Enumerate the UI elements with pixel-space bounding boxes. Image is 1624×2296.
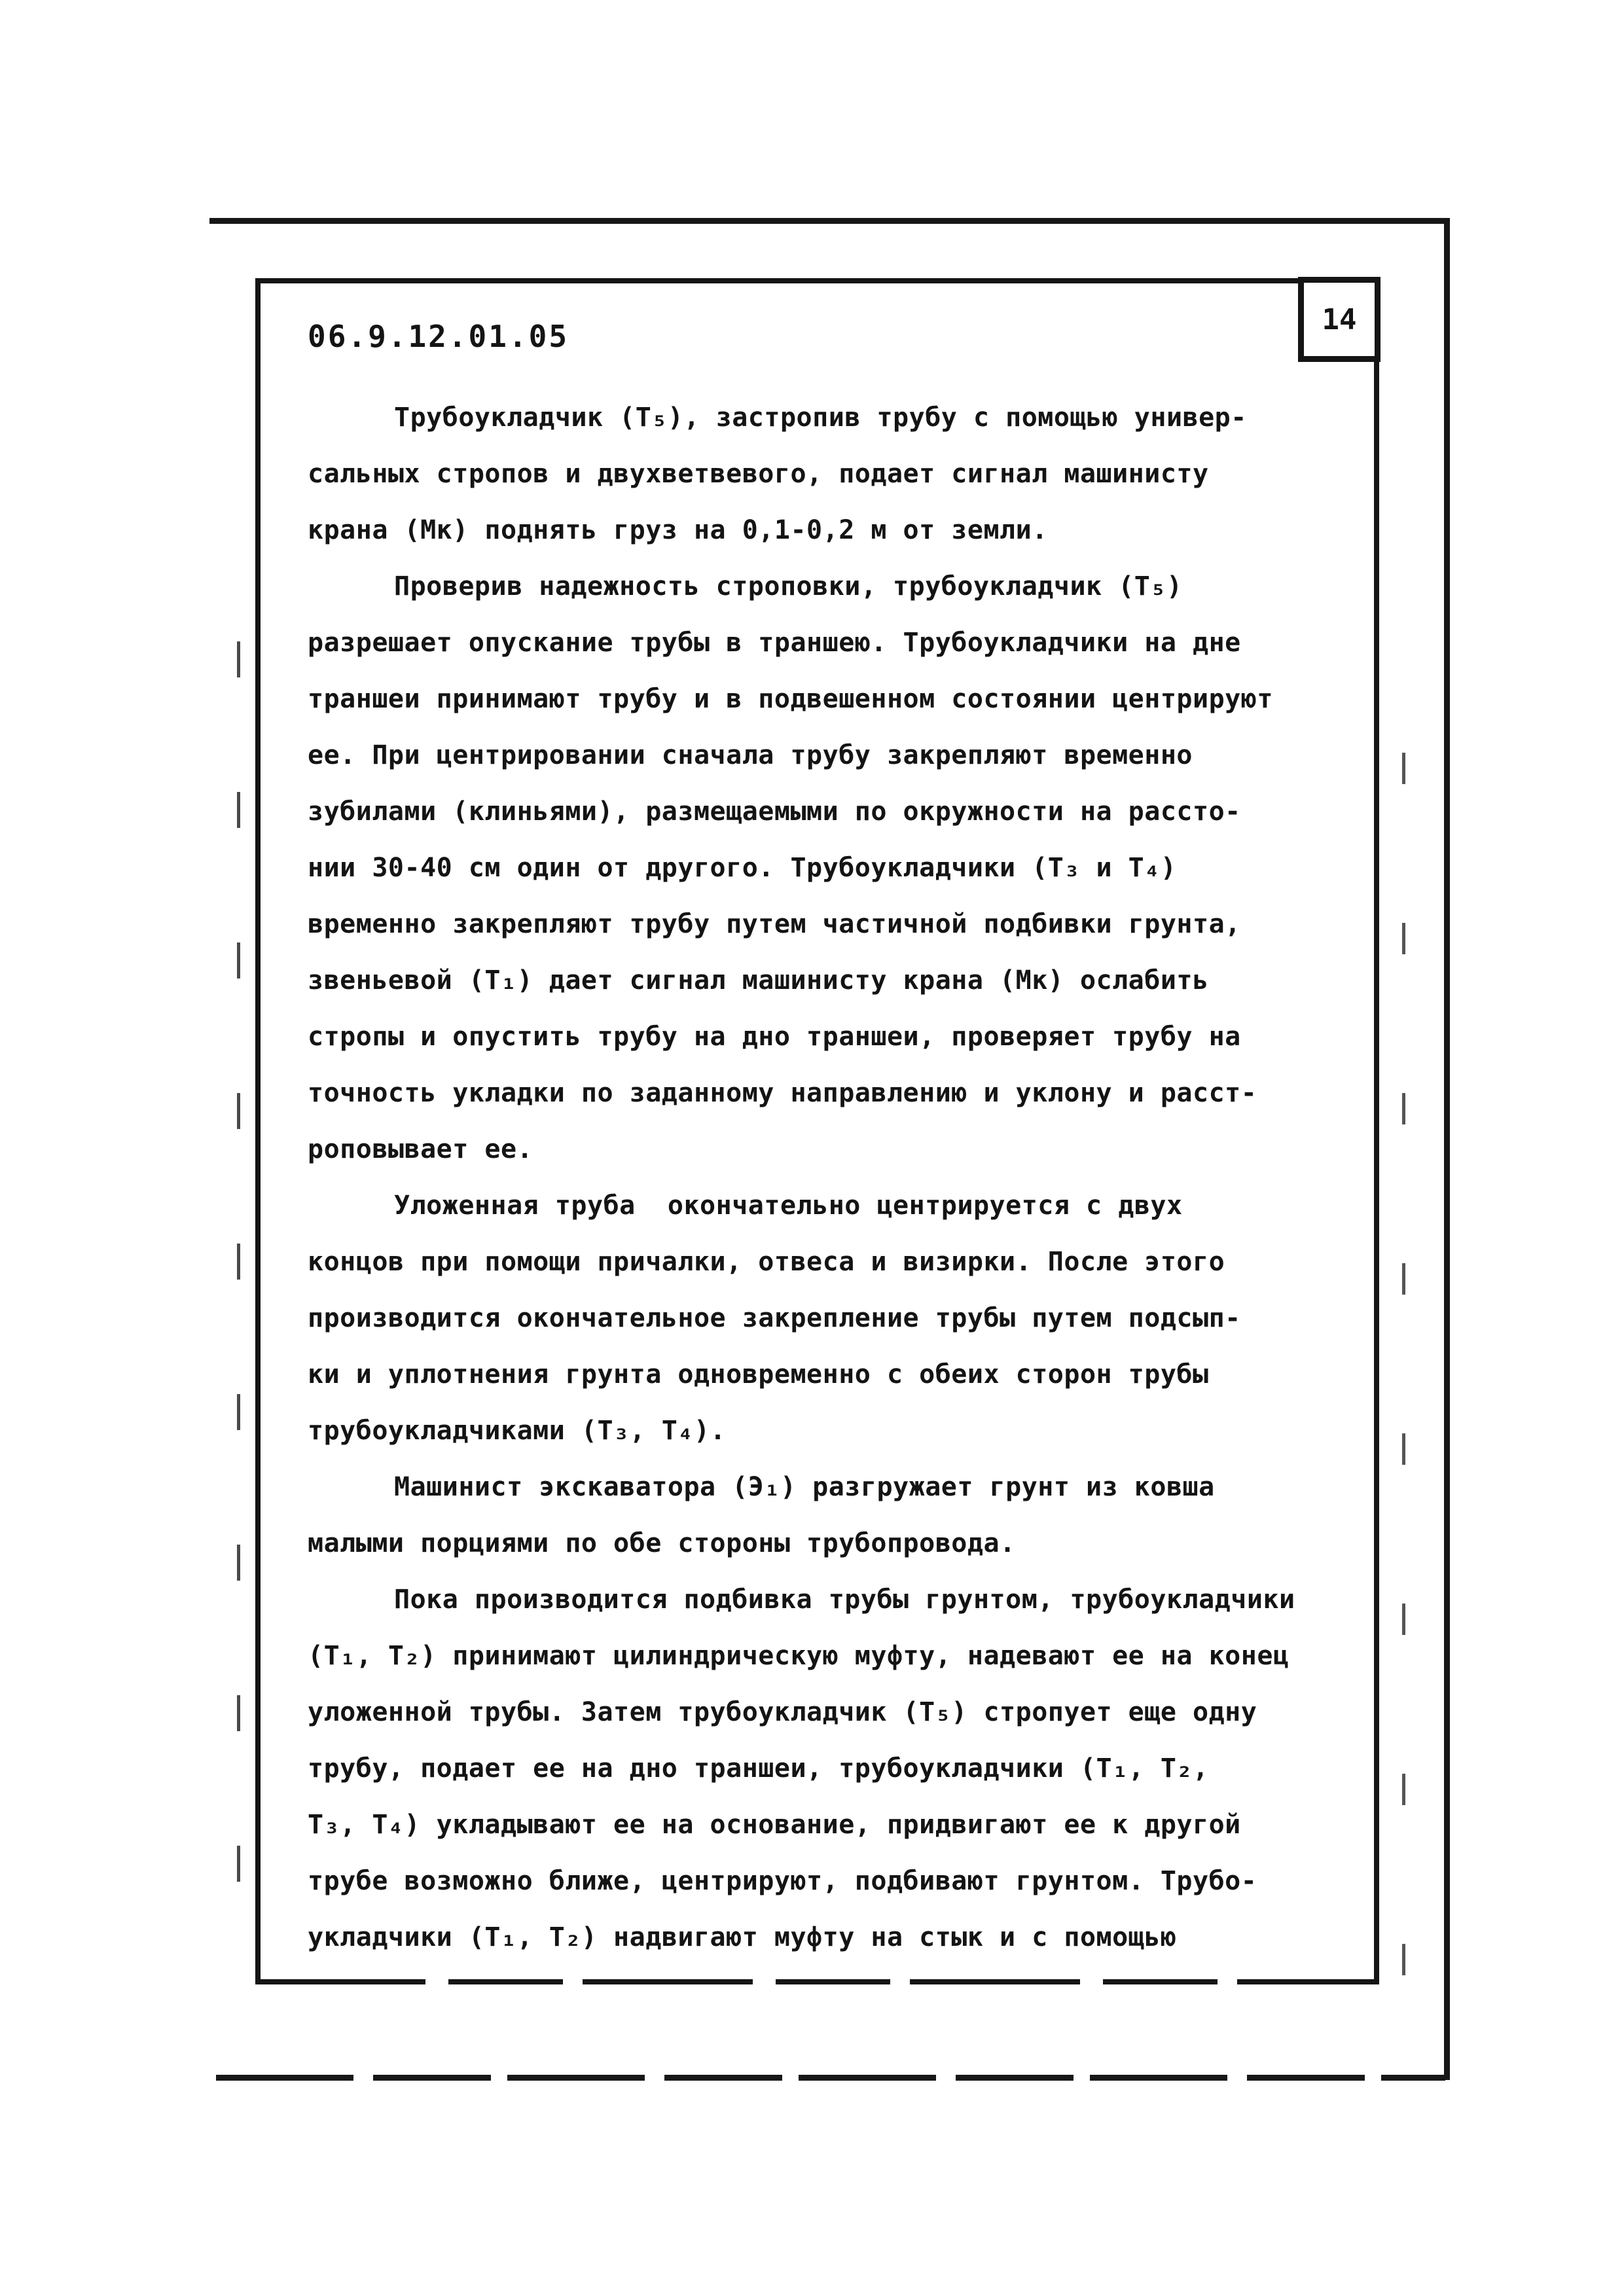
text-line: Уложенная труба окончательно центрируетс… (308, 1177, 1329, 1234)
text-line: (Т₁, Т₂) принимают цилиндрическую муфту,… (308, 1628, 1329, 1684)
text-line: Проверив надежность строповки, трубоукла… (308, 558, 1329, 615)
text-line: трубу, подает ее на дно траншеи, трубоук… (308, 1740, 1329, 1797)
text-line: трубе возможно ближе, центрируют, подбив… (308, 1853, 1329, 1909)
text-line: временно закрепляют трубу путем частично… (308, 896, 1329, 952)
text-line: трубоукладчиками (Т₃, Т₄). (308, 1403, 1329, 1459)
text-line: укладчики (Т₁, Т₂) надвигают муфту на ст… (308, 1909, 1329, 1965)
text-line: роповывает ее. (308, 1121, 1329, 1177)
document-body: Трубоукладчик (Т₅), застропив трубу с по… (308, 389, 1329, 1965)
text-line: малыми порциями по обе стороны трубопров… (308, 1515, 1329, 1571)
text-line: сальных стропов и двухветвевого, подает … (308, 446, 1329, 502)
document-code: 06.9.12.01.05 (308, 319, 569, 354)
text-line: нии 30-40 см один от другого. Трубоуклад… (308, 840, 1329, 896)
text-line: Машинист экскаватора (Э₁) разгружает гру… (308, 1459, 1329, 1515)
text-line: стропы и опустить трубу на дно траншеи, … (308, 1009, 1329, 1065)
page-number-box: 14 (1298, 277, 1380, 362)
outer-frame-bottom-rule (216, 2075, 1445, 2081)
text-line: уложенной трубы. Затем трубоукладчик (Т₅… (308, 1684, 1329, 1740)
text-line: траншеи принимают трубу и в подвешенном … (308, 671, 1329, 727)
text-line: точность укладки по заданному направлени… (308, 1065, 1329, 1121)
scanned-document-page: 06.9.12.01.05 14 Трубоукладчик (Т₅), зас… (0, 0, 1624, 2296)
text-line: Трубоукладчик (Т₅), застропив трубу с по… (308, 389, 1329, 446)
text-line: разрешает опускание трубы в траншею. Тру… (308, 615, 1329, 671)
text-line: Пока производится подбивка трубы грунтом… (308, 1571, 1329, 1628)
content-frame-bottom-rule (255, 1979, 1379, 1984)
text-line: ее. При центрировании сначала трубу закр… (308, 727, 1329, 783)
scan-artifact-line-left (237, 641, 240, 1983)
scan-artifact-line-right (1402, 753, 1405, 1983)
text-line: звеньевой (Т₁) дает сигнал машинисту кра… (308, 952, 1329, 1009)
text-line: зубилами (клиньями), размещаемыми по окр… (308, 783, 1329, 840)
text-line: производится окончательное закрепление т… (308, 1290, 1329, 1346)
text-line: Т₃, Т₄) укладывают ее на основание, прид… (308, 1797, 1329, 1853)
text-line: крана (Мк) поднять груз на 0,1-0,2 м от … (308, 502, 1329, 558)
text-line: концов при помощи причалки, отвеса и виз… (308, 1234, 1329, 1290)
page-number: 14 (1322, 303, 1357, 336)
text-line: ки и уплотнения грунта одновременно с об… (308, 1346, 1329, 1403)
